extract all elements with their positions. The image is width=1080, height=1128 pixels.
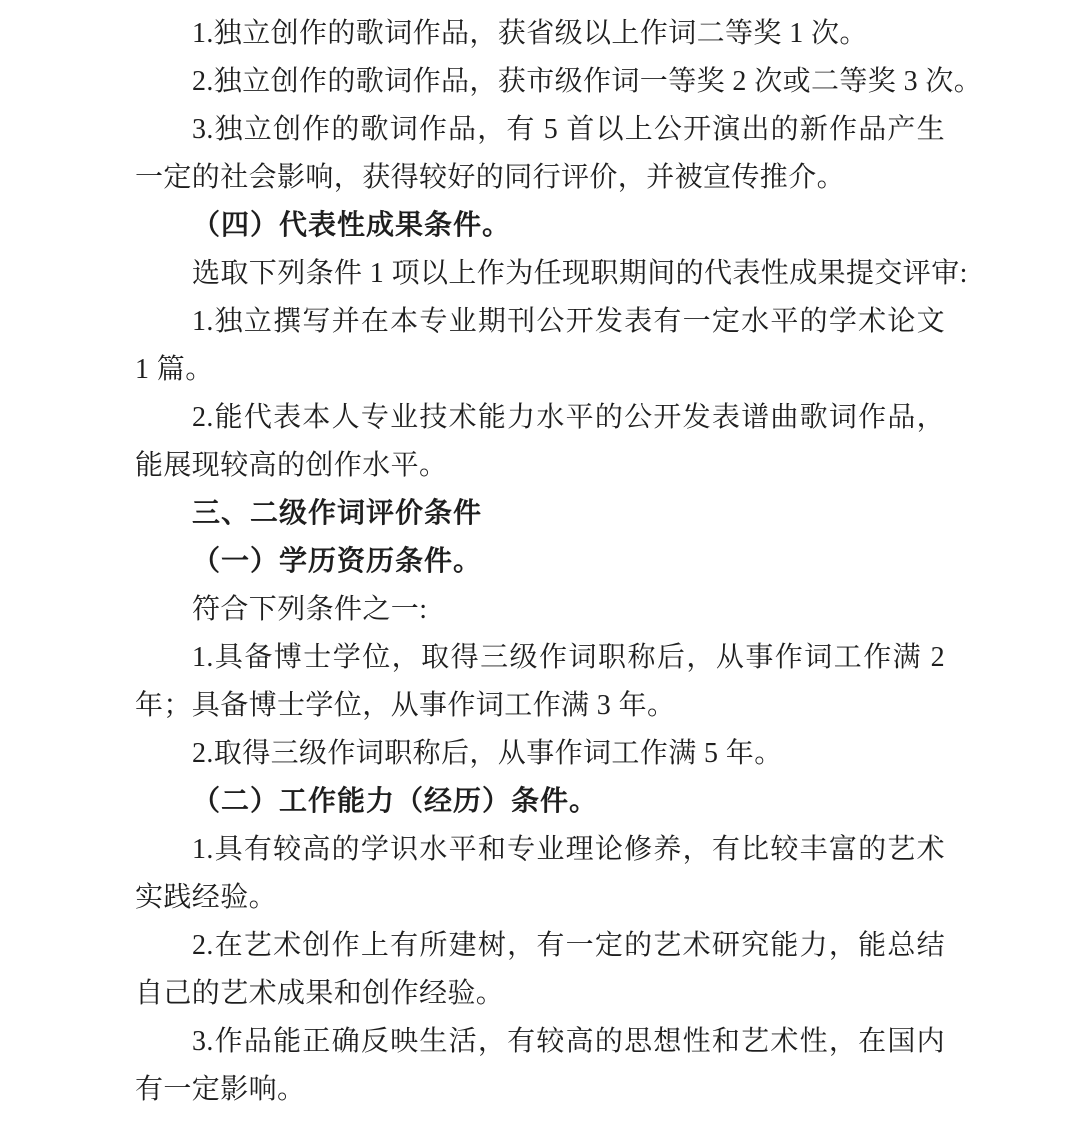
list-item-paragraph: 1.具有较高的学识水平和专业理论修养，有比较丰富的艺术 实践经验。 (135, 826, 945, 922)
list-item-paragraph: 2.能代表本人专业技术能力水平的公开发表谱曲歌词作品， 能展现较高的创作水平。 (135, 394, 945, 490)
text-line: 3.独立创作的歌词作品，有 5 首以上公开演出的新作品产生 (135, 106, 945, 154)
text-line: 能展现较高的创作水平。 (135, 442, 945, 490)
text-line: 2.独立创作的歌词作品，获市级作词一等奖 2 次或二等奖 3 次。 (135, 58, 945, 106)
section-heading: （二）工作能力（经历）条件。 (135, 778, 945, 826)
list-item-paragraph: 1.独立撰写并在本专业期刊公开发表有一定水平的学术论文 1 篇。 (135, 298, 945, 394)
list-item-paragraph: 2.取得三级作词职称后，从事作词工作满 5 年。 (135, 730, 945, 778)
text-line: 年；具备博士学位，从事作词工作满 3 年。 (135, 682, 945, 730)
list-item-paragraph: 3.独立创作的歌词作品，有 5 首以上公开演出的新作品产生 一定的社会影响，获得… (135, 106, 945, 202)
list-item-paragraph: 1.具备博士学位，取得三级作词职称后，从事作词工作满 2 年；具备博士学位，从事… (135, 634, 945, 730)
list-item-paragraph: 3.作品能正确反映生活，有较高的思想性和艺术性，在国内 有一定影响。 (135, 1018, 945, 1114)
text-line: 1.具有较高的学识水平和专业理论修养，有比较丰富的艺术 (135, 826, 945, 874)
list-item-paragraph: 1.独立创作的歌词作品，获省级以上作词二等奖 1 次。 (135, 10, 945, 58)
text-line: 2.在艺术创作上有所建树，有一定的艺术研究能力，能总结 (135, 922, 945, 970)
section-heading: （一）学历资历条件。 (135, 538, 945, 586)
heading-text: （一）学历资历条件。 (135, 538, 945, 586)
list-item-paragraph: 2.在艺术创作上有所建树，有一定的艺术研究能力，能总结 自己的艺术成果和创作经验… (135, 922, 945, 1018)
document-page: 1.独立创作的歌词作品，获省级以上作词二等奖 1 次。 2.独立创作的歌词作品，… (0, 0, 1080, 1128)
paragraph: 选取下列条件 1 项以上作为任现职期间的代表性成果提交评审: (135, 250, 945, 298)
text-line: 1 篇。 (135, 346, 945, 394)
text-line: 2.取得三级作词职称后，从事作词工作满 5 年。 (135, 730, 945, 778)
paragraph: 符合下列条件之一: (135, 586, 945, 634)
heading-text: （二）工作能力（经历）条件。 (135, 778, 945, 826)
text-line: 自己的艺术成果和创作经验。 (135, 970, 945, 1018)
heading-text: 三、二级作词评价条件 (135, 490, 945, 538)
text-line: 实践经验。 (135, 874, 945, 922)
text-line: 符合下列条件之一: (135, 586, 945, 634)
heading-text: （四）代表性成果条件。 (135, 202, 945, 250)
text-line: 3.作品能正确反映生活，有较高的思想性和艺术性，在国内 (135, 1018, 945, 1066)
text-line: 1.具备博士学位，取得三级作词职称后，从事作词工作满 2 (135, 634, 945, 682)
text-line: 1.独立创作的歌词作品，获省级以上作词二等奖 1 次。 (135, 10, 945, 58)
chapter-heading: 三、二级作词评价条件 (135, 490, 945, 538)
section-heading: （四）代表性成果条件。 (135, 202, 945, 250)
list-item-paragraph: 2.独立创作的歌词作品，获市级作词一等奖 2 次或二等奖 3 次。 (135, 58, 945, 106)
text-line: 选取下列条件 1 项以上作为任现职期间的代表性成果提交评审: (135, 250, 945, 298)
text-line: 一定的社会影响，获得较好的同行评价，并被宣传推介。 (135, 154, 945, 202)
text-line: 2.能代表本人专业技术能力水平的公开发表谱曲歌词作品， (135, 394, 945, 442)
text-line: 有一定影响。 (135, 1066, 945, 1114)
text-line: 1.独立撰写并在本专业期刊公开发表有一定水平的学术论文 (135, 298, 945, 346)
